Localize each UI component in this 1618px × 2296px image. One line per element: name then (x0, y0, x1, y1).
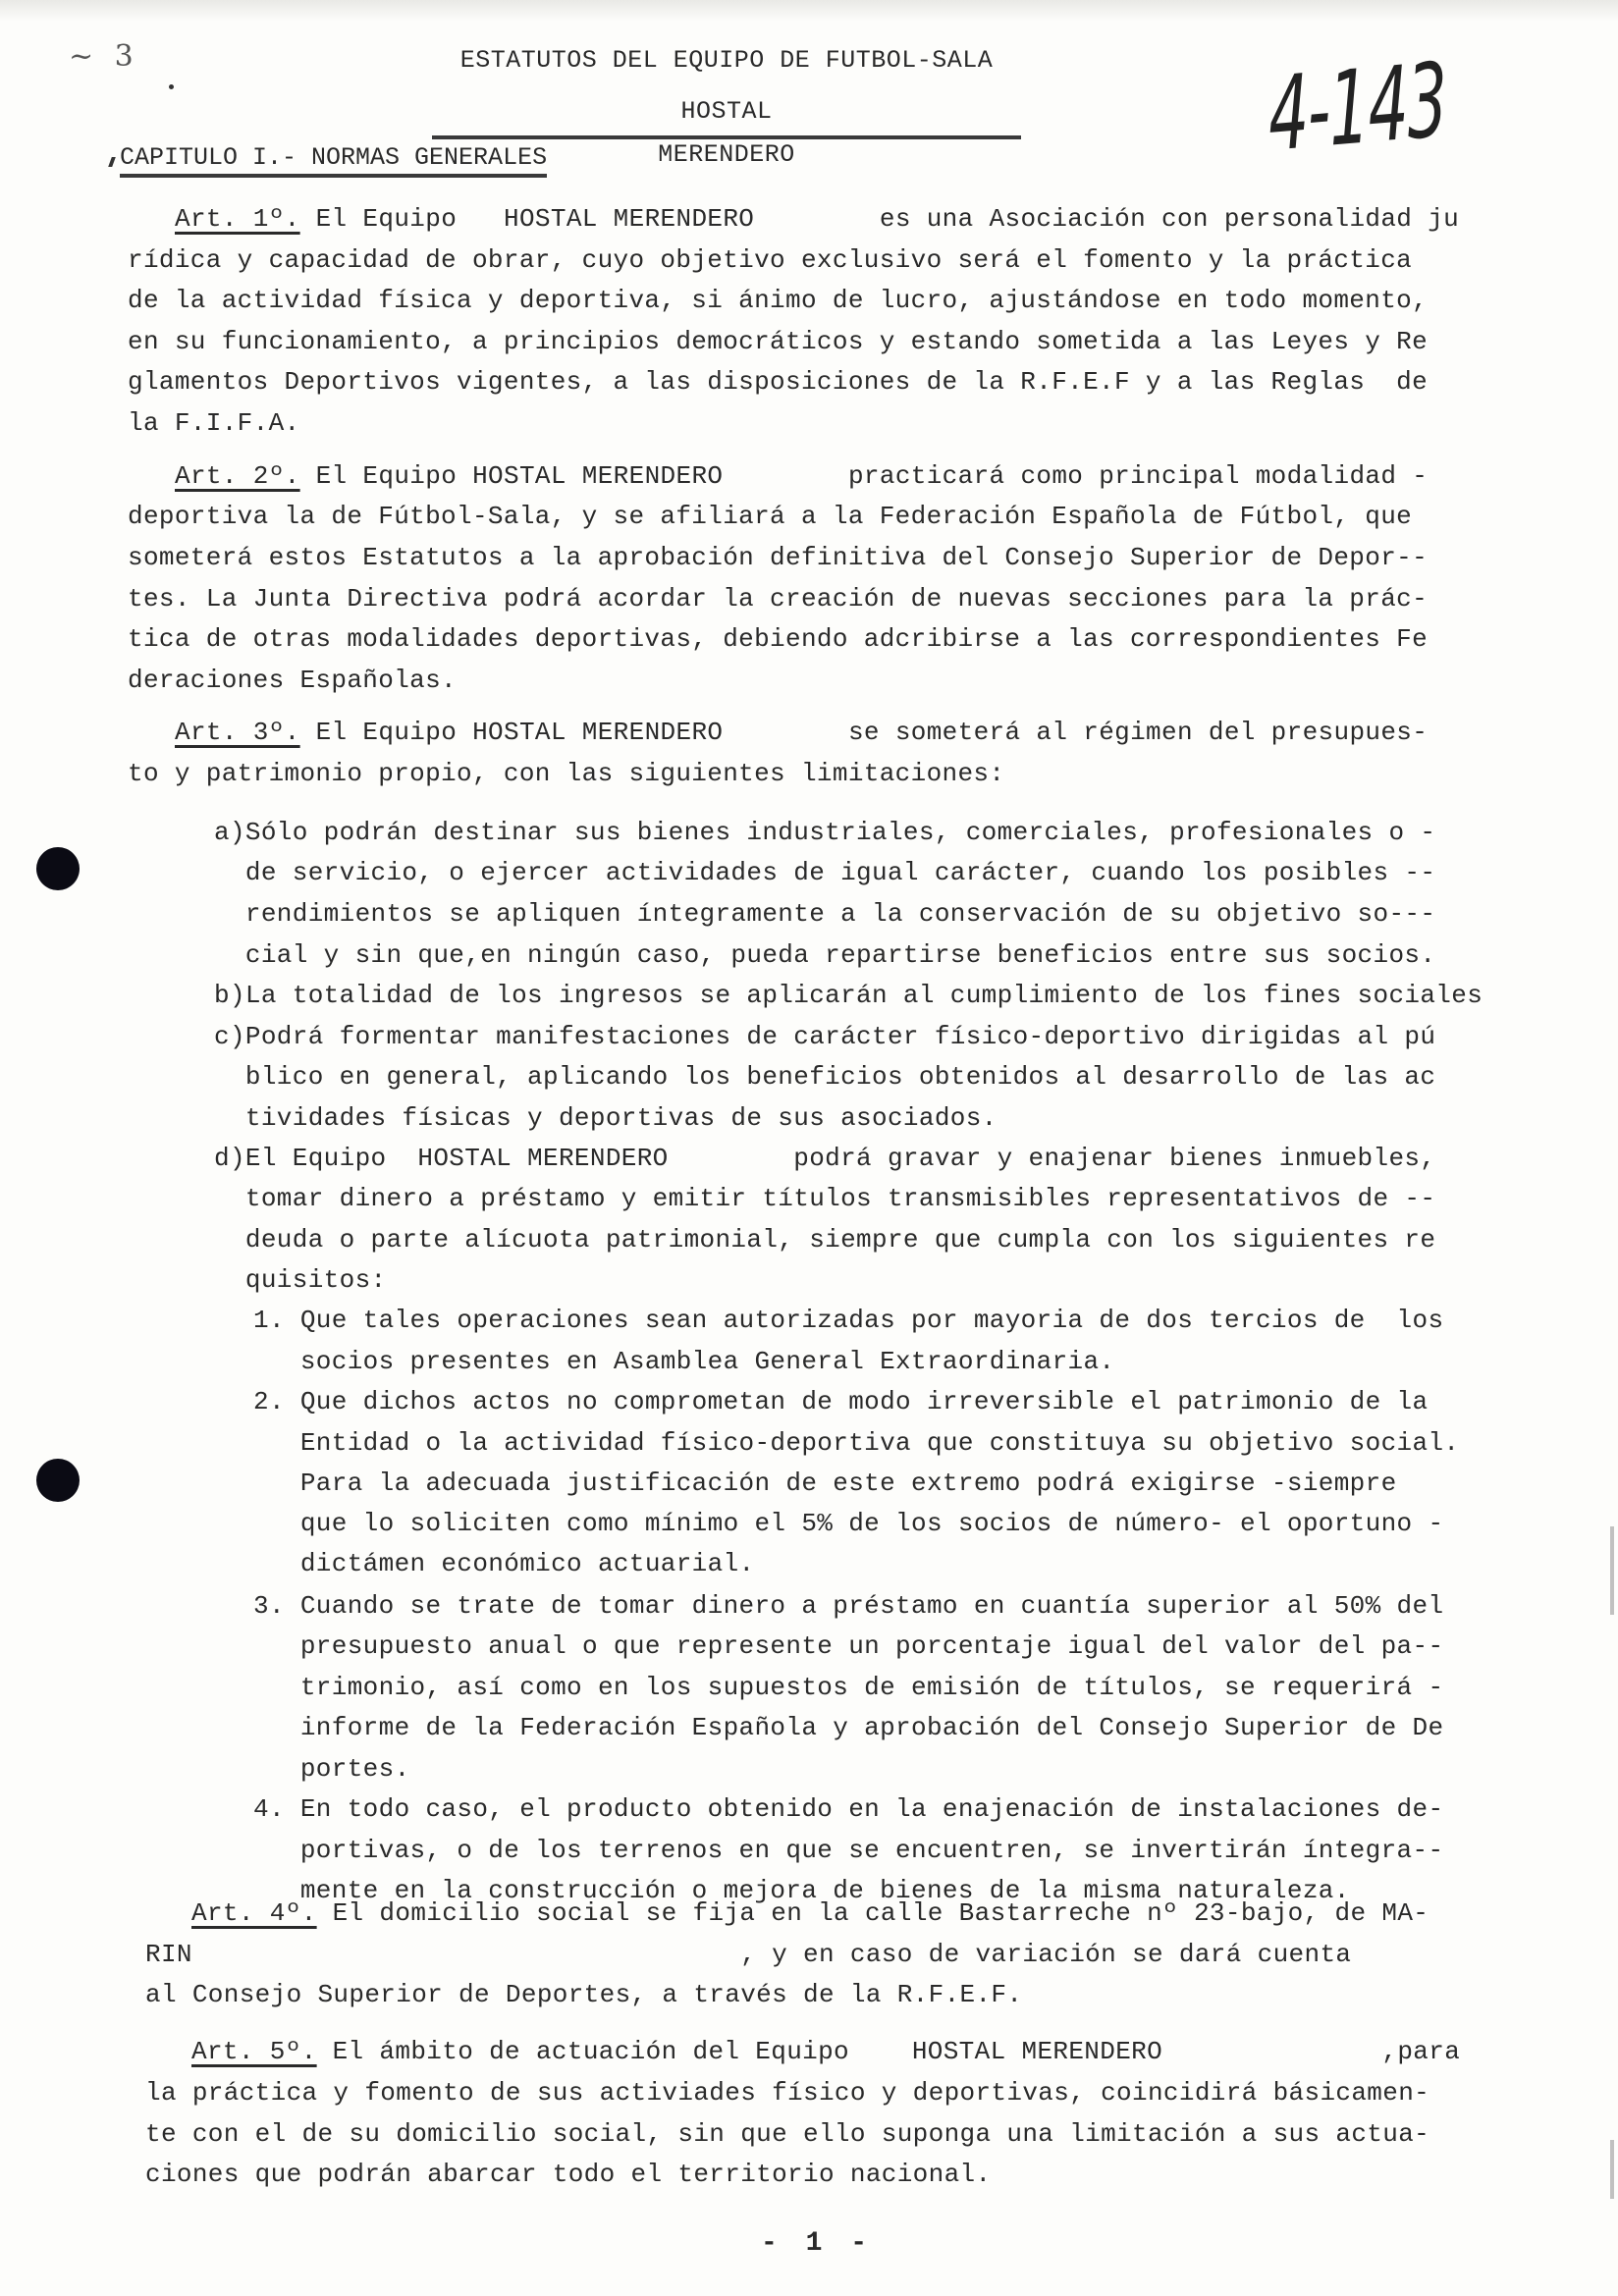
article-5-line: ciones que podrán abarcar todo el territ… (145, 2160, 991, 2189)
article-1-line: en su funcionamiento, a principios democ… (128, 327, 1428, 356)
item-c-line: blico en general, aplicando los benefici… (214, 1062, 1435, 1092)
article-2-line: tes. La Junta Directiva podrá acordar la… (128, 584, 1428, 614)
article-1-line: la F.I.F.A. (128, 408, 299, 438)
article-5-line: Art. 5º. El ámbito de actuación del Equi… (191, 2037, 1460, 2066)
requisito-3-line: informe de la Federación Española y apro… (253, 1713, 1443, 1742)
item-b-line: b)La totalidad de los ingresos se aplica… (214, 981, 1483, 1010)
article-5-line: te con el de su domicilio social, sin qu… (145, 2119, 1429, 2149)
item-c-line: tividades físicas y deportivas de sus as… (214, 1103, 998, 1133)
requisito-4-line: 4. En todo caso, el producto obtenido en… (253, 1794, 1443, 1824)
requisito-3-line: presupuesto anual o que represente un po… (253, 1631, 1443, 1661)
corner-mark: ~ 3 (69, 39, 139, 74)
scan-edge-mark (1610, 2140, 1614, 2199)
requisito-2-line: Entidad o la actividad físico-deportiva … (253, 1428, 1459, 1458)
requisito-3-line: trimonio, así como en los supuestos de e… (253, 1673, 1443, 1702)
item-d-line: tomar dinero a préstamo y emitir títulos… (214, 1184, 1435, 1213)
requisito-3-line: portes. (253, 1754, 410, 1784)
item-d-line: d)El Equipo HOSTAL MERENDERO podrá grava… (214, 1144, 1435, 1173)
article-2-line: deraciones Españolas. (128, 666, 457, 695)
requisito-2-line: dictámen económico actuarial. (253, 1549, 754, 1578)
item-c-line: c)Podrá formentar manifestaciones de car… (214, 1022, 1435, 1051)
item-a-line: cial y sin que,en ningún caso, pueda rep… (214, 940, 1435, 970)
requisito-4-line: portivas, o de los terrenos en que se en… (253, 1836, 1443, 1865)
article-1-label: Art. 1º. (175, 204, 300, 234)
punch-hole-top (36, 847, 80, 890)
requisito-2-line: Para la adecuada justificación de este e… (253, 1468, 1397, 1498)
scan-shadow (0, 0, 1618, 22)
article-3-label: Art. 3º. (175, 718, 300, 747)
article-2-line: deportiva la de Fútbol-Sala, y se afilia… (128, 502, 1412, 531)
item-a-line: a)Sólo podrán destinar sus bienes indust… (214, 818, 1435, 847)
requisito-2-line: 2. Que dichos actos no comprometan de mo… (253, 1387, 1428, 1416)
item-a-line: rendimientos se apliquen íntegramente a … (214, 899, 1435, 929)
item-d-line: quisitos: (214, 1265, 386, 1295)
requisito-3-line: 3. Cuando se trate de tomar dinero a pré… (253, 1591, 1443, 1621)
article-2-line: someterá estos Estatutos a la aprobación… (128, 543, 1428, 572)
title-line-2: HOSTAL MERENDERO (432, 90, 1021, 139)
article-1-line: de la actividad física y deportiva, si á… (128, 286, 1428, 315)
article-5-label: Art. 5º. (191, 2037, 317, 2066)
punch-hole-bottom (36, 1459, 80, 1502)
article-2-label: Art. 2º. (175, 461, 300, 491)
article-4-line: al Consejo Superior de Deportes, a travé… (145, 1980, 1022, 2009)
item-d-line: deuda o parte alícuota patrimonial, siem… (214, 1225, 1435, 1255)
article-1-line: glamentos Deportivos vigentes, a las dis… (128, 367, 1428, 397)
article-4-line: Art. 4º. El domicilio social se fija en … (191, 1898, 1429, 1928)
article-4-line: RIN , y en caso de variación se dará cue… (145, 1940, 1351, 1969)
item-a-line: de servicio, o ejercer actividades de ig… (214, 858, 1435, 887)
handwritten-reference-number: 4-143 (1267, 40, 1448, 175)
requisito-2-line: que lo soliciten como mínimo el 5% de lo… (253, 1509, 1443, 1538)
article-4-label: Art. 4º. (191, 1898, 317, 1928)
article-2-line: tica de otras modalidades deportivas, de… (128, 624, 1428, 654)
page-number: - 1 - (761, 2228, 873, 2259)
article-1-line: Art. 1º. El Equipo HOSTAL MERENDERO es u… (175, 204, 1459, 234)
document-page: ~ 3 ESTATUTOS DEL EQUIPO DE FUTBOL-SALA … (0, 0, 1618, 2296)
article-2-line: Art. 2º. El Equipo HOSTAL MERENDERO prac… (175, 461, 1428, 491)
article-5-line: la práctica y fomento de sus activiades … (145, 2078, 1429, 2108)
article-3-line: Art. 3º. El Equipo HOSTAL MERENDERO se s… (175, 718, 1428, 747)
requisito-1-line: 1. Que tales operaciones sean autorizada… (253, 1306, 1443, 1335)
chapter-heading: CAPITULO I.- NORMAS GENERALES (120, 143, 547, 178)
requisito-1-line: socios presentes en Asamblea General Ext… (253, 1347, 1114, 1376)
title-line-1: ESTATUTOS DEL EQUIPO DE FUTBOL-SALA (432, 39, 1021, 82)
corner-dot (169, 84, 174, 89)
article-3-line: to y patrimonio propio, con las siguient… (128, 759, 1004, 788)
article-1-line: rídica y capacidad de obrar, cuyo objeti… (128, 245, 1412, 275)
scan-edge-mark (1610, 1526, 1614, 1615)
